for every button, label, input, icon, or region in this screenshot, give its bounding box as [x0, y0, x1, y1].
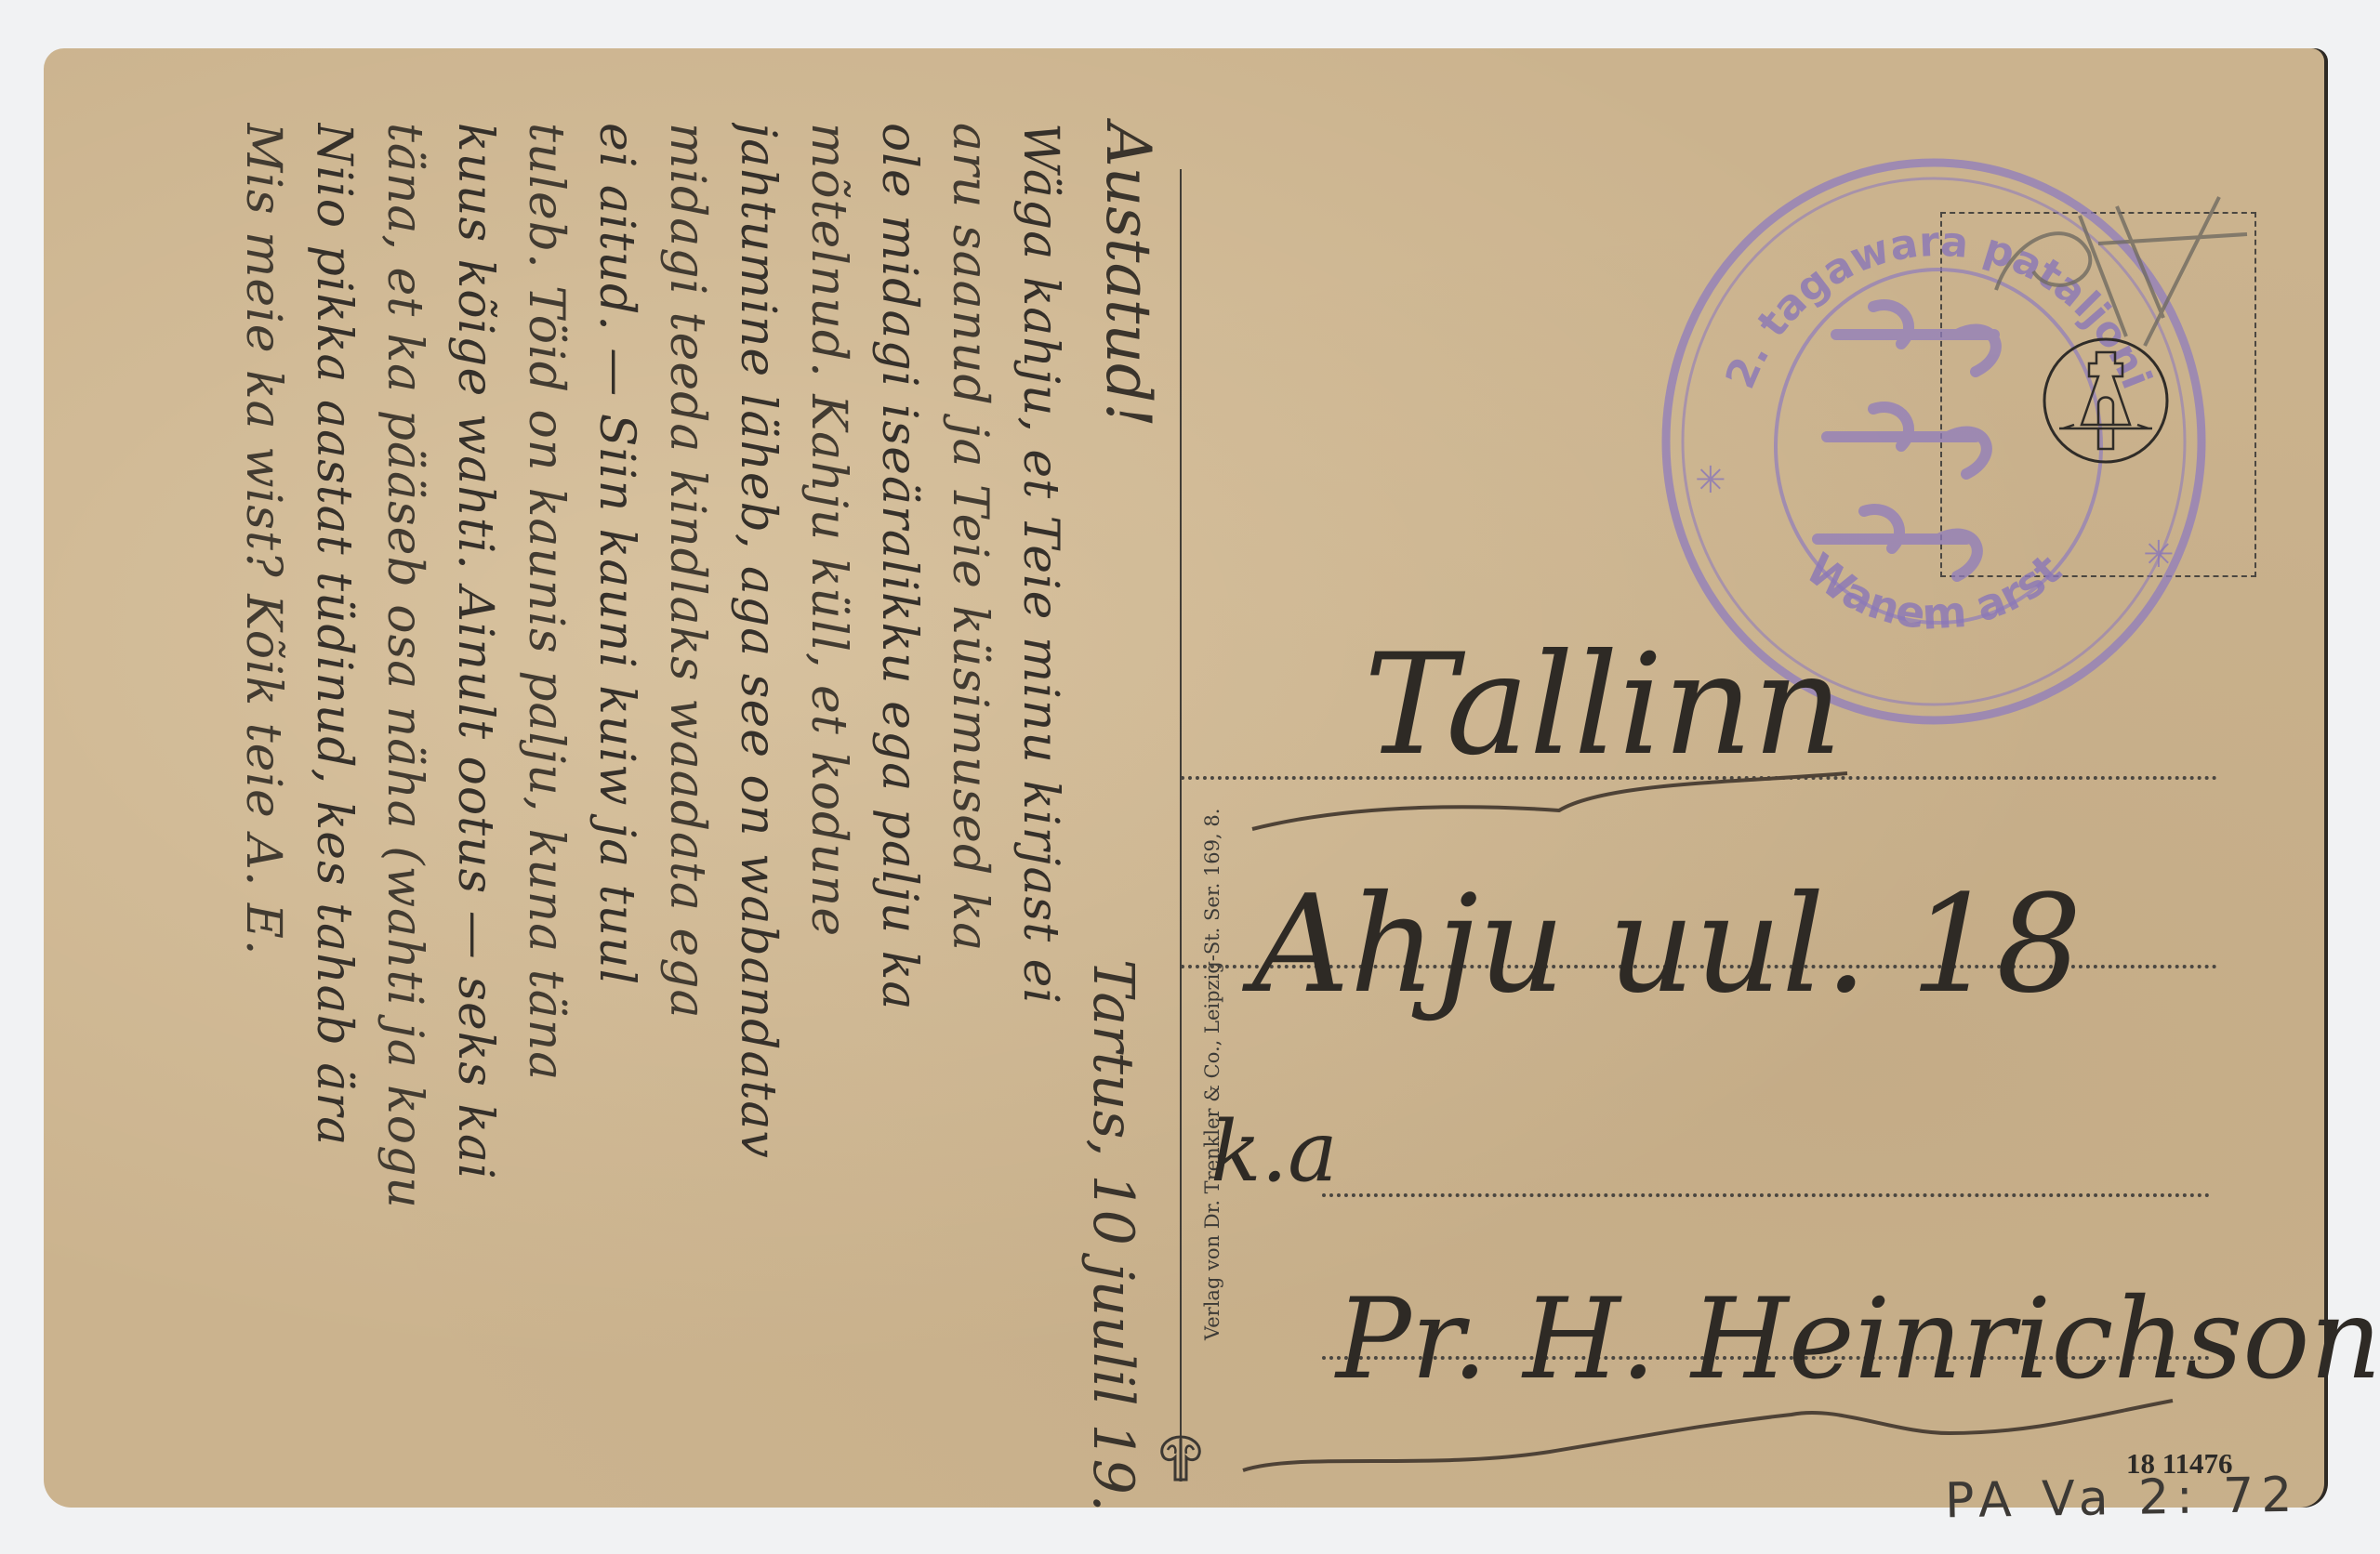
letter-line: Wäga kahju, et Teie minu kirjast ei: [1005, 123, 1076, 1498]
publisher-imprint: Verlag von Dr. Trenkler & Co., Leipzig-S…: [1201, 809, 1223, 1340]
pencil-mark-icon: [1977, 178, 2256, 364]
letter-line: tuleb. Töid on kaunis palju, kuna täna: [510, 123, 581, 1498]
letter-salutation: Austatud!: [1092, 123, 1164, 428]
archive-reference: PA Va 2: 72: [1945, 1468, 2300, 1530]
letter-line: kuus kõige wahti. Ainult ootus — seks ka…: [440, 123, 510, 1498]
letter-line: midagi teeda kindlaks waadata ega: [652, 123, 722, 1498]
postcard: Austatud! Tartus, 10 juulil 19. Wäga kah…: [44, 48, 2324, 1508]
underline-stroke: [1252, 764, 1996, 838]
letter-line: jahtumine läheb, aga see on wabandatav: [722, 123, 793, 1498]
address-recipient: Pr. H. Heinrichson: [1336, 1275, 2380, 1404]
address-line-3: [1322, 1193, 2210, 1197]
letter-line: ei aitud. — Siin kauni kuiw ja tuul: [581, 123, 652, 1498]
letter-line: ole midagi iseäralikku ega palju ka: [864, 123, 934, 1498]
center-divider: [1180, 169, 1182, 1456]
address-via: k.a: [1210, 1103, 1338, 1201]
three-lions-emblem-icon: [1818, 305, 1996, 576]
letter-body: Wäga kahju, et Teie minu kirjast ei aru …: [228, 123, 1076, 1498]
letter-line: Mis meie ka wist? Kõik teie A. E.: [228, 123, 298, 1498]
postmark-star-icon: ✳: [2143, 533, 2175, 576]
address-street: Ahju uul. 18: [1252, 866, 2082, 1023]
letter-line: Niio pikka aastat tüdinud, kes tahab ära: [298, 123, 369, 1498]
letter-line: aru saanud ja Teie küsimused ka: [934, 123, 1005, 1498]
address-city: Tallinn: [1364, 625, 1843, 786]
letter-line: täna, et ka pääseb osa näha (wahti ja ko…: [369, 123, 440, 1498]
letter-dateline: Tartus, 10 juulil 19.: [1080, 959, 1145, 1512]
letter-line: mõtelnud. Kahju küll, et kodune: [793, 123, 864, 1498]
handwritten-letter: Austatud! Tartus, 10 juulil 19. Wäga kah…: [95, 123, 1164, 1517]
postmark-star-icon: ✳: [1695, 459, 1726, 502]
publisher-logo-icon: [1155, 1433, 1207, 1485]
